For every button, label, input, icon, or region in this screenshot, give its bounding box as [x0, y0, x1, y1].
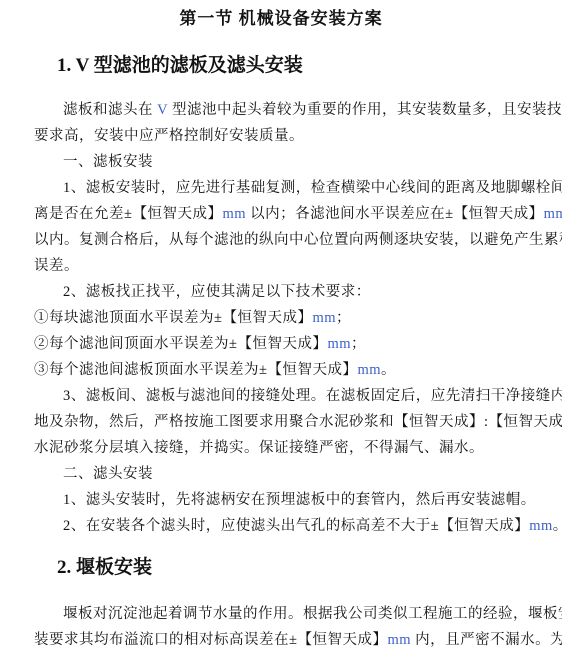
text-run: 内，且严密不漏水。为 [411, 632, 562, 648]
text-run: ； [336, 310, 351, 326]
text-line: 误差。 [34, 253, 528, 279]
text-run: 地及杂物，然后，严格按施工图要求用聚合水泥砂浆和【恒智天成】:【恒智天成】 [34, 414, 562, 430]
text-line: 水泥砂浆分层填入接缝，并捣实。保证接缝严密，不得漏气、漏水。 [34, 435, 528, 461]
text-line: ①每块滤池顶面水平误差为±【恒智天成】mm； [34, 305, 528, 331]
template-field-text: mm [387, 632, 411, 648]
template-field-text: mm [222, 206, 246, 222]
text-run: 水泥砂浆分层填入接缝，并捣实。保证接缝严密，不得漏气、漏水。 [34, 440, 484, 456]
text-run: 型滤池中起头着较为重要的作用，其安装数量多，且安装技术 [168, 102, 562, 118]
text-run: ①每块滤池顶面水平误差为±【恒智天成】 [34, 310, 312, 326]
text-line: 3、滤板间、滤板与滤池间的接缝处理。在滤板固定后，应先清扫干净接缝内尘 [34, 383, 528, 409]
text-line: 2、在安装各个滤头时，应使滤头出气孔的标高差不大于±【恒智天成】mm。 [34, 513, 528, 539]
text-run: 2、在安装各个滤头时，应使滤头出气孔的标高差不大于±【恒智天成】 [63, 518, 529, 534]
text-line: 离是否在允差±【恒智天成】mm 以内；各滤池间水平误差应在±【恒智天成】mm [34, 201, 528, 227]
text-line: 2、滤板找正找平，应使其满足以下技术要求： [34, 279, 528, 305]
text-run: 。 [553, 518, 562, 534]
text-run: 一、滤板安装 [63, 154, 153, 170]
text-line: 装要求其均布溢流口的相对标高误差在±【恒智天成】mm 内，且严密不漏水。为 [34, 627, 528, 653]
section-2-heading: 2. 堰板安装 [57, 556, 532, 580]
section-1-heading: 1. V 型滤池的滤板及滤头安装 [57, 54, 532, 78]
text-run: 堰板对沉淀池起着调节水量的作用。根据我公司类似工程施工的经验，堰板安 [63, 606, 562, 622]
text-run: 滤板和滤头在 [63, 102, 157, 118]
text-run: 1、滤头安装时，先将滤柄安在预埋滤板中的套管内，然后再安装滤帽。 [63, 492, 536, 508]
text-line: 要求高，安装中应严格控制好安装质量。 [34, 123, 528, 149]
text-run: 3、滤板间、滤板与滤池间的接缝处理。在滤板固定后，应先清扫干净接缝内尘 [63, 388, 562, 404]
text-line: 堰板对沉淀池起着调节水量的作用。根据我公司类似工程施工的经验，堰板安 [34, 601, 528, 627]
template-field-text: mm [312, 310, 336, 326]
text-run: 误差。 [34, 258, 79, 274]
text-line: 二、滤头安装 [34, 461, 528, 487]
text-line: 1、滤头安装时，先将滤柄安在预埋滤板中的套管内，然后再安装滤帽。 [34, 487, 528, 513]
section-1-body: 滤板和滤头在 V 型滤池中起头着较为重要的作用，其安装数量多，且安装技术要求高，… [34, 97, 528, 539]
document-page: 第一节 机械设备安装方案 1. V 型滤池的滤板及滤头安装 滤板和滤头在 V 型… [0, 0, 562, 654]
text-run: 以内；各滤池间水平误差应在±【恒智天成】 [246, 206, 544, 222]
template-field-text: V [157, 102, 168, 118]
text-run: 以内。复测合格后，从每个滤池的纵向中心位置向两侧逐块安装，以避免产生累积 [34, 232, 562, 248]
text-run: ③每个滤池间滤板顶面水平误差为±【恒智天成】 [34, 362, 357, 378]
text-run: 要求高，安装中应严格控制好安装质量。 [34, 128, 304, 144]
template-field-text: mm [544, 206, 562, 222]
document-title: 第一节 机械设备安装方案 [0, 0, 562, 29]
template-field-text: mm [357, 362, 381, 378]
section-2-body: 堰板对沉淀池起着调节水量的作用。根据我公司类似工程施工的经验，堰板安装要求其均布… [34, 601, 528, 653]
template-field-text: mm [327, 336, 351, 352]
text-run: 二、滤头安装 [63, 466, 153, 482]
text-line: ③每个滤池间滤板顶面水平误差为±【恒智天成】mm。 [34, 357, 528, 383]
text-run: 。 [381, 362, 396, 378]
text-run: 1、滤板安装时，应先进行基础复测，检查横梁中心线间的距离及地脚螺栓间距 [63, 180, 562, 196]
text-line: 一、滤板安装 [34, 149, 528, 175]
text-line: 1、滤板安装时，应先进行基础复测，检查横梁中心线间的距离及地脚螺栓间距 [34, 175, 528, 201]
text-run: ； [351, 336, 366, 352]
text-line: 滤板和滤头在 V 型滤池中起头着较为重要的作用，其安装数量多，且安装技术 [34, 97, 528, 123]
text-run: ②每个滤池间顶面水平误差为±【恒智天成】 [34, 336, 327, 352]
text-line: 地及杂物，然后，严格按施工图要求用聚合水泥砂浆和【恒智天成】:【恒智天成】 [34, 409, 528, 435]
text-run: 2、滤板找正找平，应使其满足以下技术要求： [63, 284, 371, 300]
text-line: 以内。复测合格后，从每个滤池的纵向中心位置向两侧逐块安装，以避免产生累积 [34, 227, 528, 253]
text-run: 离是否在允差±【恒智天成】 [34, 206, 222, 222]
text-run: 装要求其均布溢流口的相对标高误差在±【恒智天成】 [34, 632, 387, 648]
text-line: ②每个滤池间顶面水平误差为±【恒智天成】mm； [34, 331, 528, 357]
template-field-text: mm [529, 518, 553, 534]
